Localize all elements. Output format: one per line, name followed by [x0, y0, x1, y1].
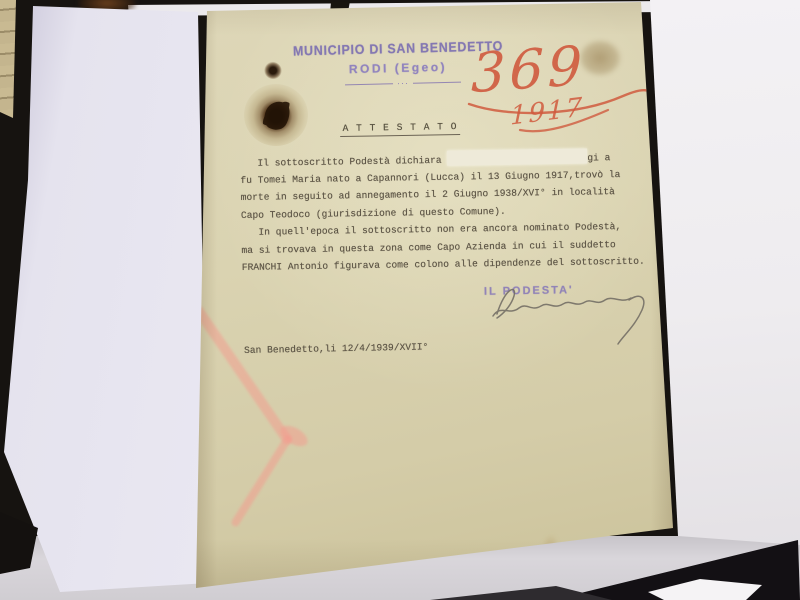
red-strike-stroke: [518, 106, 613, 136]
body-line1-after: gi a: [587, 152, 610, 163]
redaction-box: [447, 149, 587, 166]
document-title: A T T E S T A T O: [340, 121, 461, 137]
date-line: San Benedetto,li 12/4/1939/XVII°: [244, 341, 428, 356]
pink-pencil-mark: [230, 434, 293, 528]
document-title-wrap: A T T E S T A T O: [300, 115, 500, 136]
letterhead-divider: ···: [345, 80, 461, 87]
attestation-document: MUNICIPIO DI SAN BENEDETTO RODI (Egeo) ·…: [193, 0, 675, 592]
body-paragraphs: Il sottoscritto Podestà dichiara gi a fu…: [240, 148, 645, 277]
body-line1-text: Il sottoscritto Podestà dichiara: [240, 155, 447, 169]
divider-ornament: ···: [397, 81, 409, 85]
signature-scrawl: [481, 276, 656, 356]
photo-of-document: MUNICIPIO DI SAN BENEDETTO RODI (Egeo) ·…: [0, 0, 800, 600]
pink-pencil-mark: [192, 304, 294, 446]
